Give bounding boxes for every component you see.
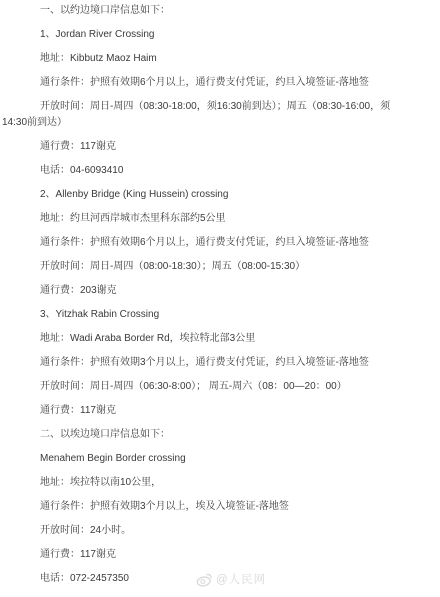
text-line: 地址：Kibbutz Maoz Haim (2, 51, 410, 67)
text-line: 开放时间：周日-周四（06:30-8:00）； 周五-周六（08：00—20：0… (2, 379, 410, 395)
text-line: 通行费：117谢克 (2, 403, 410, 419)
text-line: 通行条件：护照有效期3个月以上，埃及入境签证-落地签 (2, 499, 410, 515)
text-line: 2、Allenby Bridge (King Hussein) crossing (2, 187, 410, 203)
text-line: 二、以埃边境口岸信息如下： (2, 427, 410, 443)
text-line: 通行条件：护照有效期3个月以上，通行费支付凭证，约旦入境签证-落地签 (2, 355, 410, 371)
text-line: 地址：埃拉特以南10公里， (2, 475, 410, 491)
text-line: 通行费：203谢克 (2, 283, 410, 299)
text-line: 1、Jordan River Crossing (2, 27, 410, 43)
text-line: 一、以约边境口岸信息如下： (2, 3, 410, 19)
text-line: 通行费：117谢克 (2, 547, 410, 563)
text-line: 开放时间：周日-周四（08:00-18:30）；周五（08:00-15:30） (2, 259, 410, 275)
text-line: 通行费：117谢克 (2, 139, 410, 155)
watermark: @人民网 (196, 571, 266, 587)
text-line: 地址：Wadi Araba Border Rd，埃拉特北部3公里 (2, 331, 410, 347)
text-line: 3、Yitzhak Rabin Crossing (2, 307, 410, 323)
text-line: 地址：约旦河西岸城市杰里科东部约5公里 (2, 211, 410, 227)
watermark-label: @人民网 (216, 571, 266, 587)
text-line: 开放时间：周日-周四（08:30-18:00，须16:30前到达）；周五（08:… (2, 99, 410, 130)
text-line: Menahem Begin Border crossing (2, 451, 410, 467)
article-page: 一、以约边境口岸信息如下：1、Jordan River Crossing地址：K… (0, 0, 440, 597)
text-line: 开放时间：24小时。 (2, 523, 410, 539)
weibo-logo-icon (196, 572, 213, 587)
text-line: 电话：04-6093410 (2, 163, 410, 179)
text-line: 通行条件：护照有效期6个月以上，通行费支付凭证，约旦入境签证-落地签 (2, 235, 410, 251)
text-line: 通行条件：护照有效期6个月以上，通行费支付凭证，约旦入境签证-落地签 (2, 75, 410, 91)
border-crossing-info-text: 一、以约边境口岸信息如下：1、Jordan River Crossing地址：K… (0, 0, 440, 586)
